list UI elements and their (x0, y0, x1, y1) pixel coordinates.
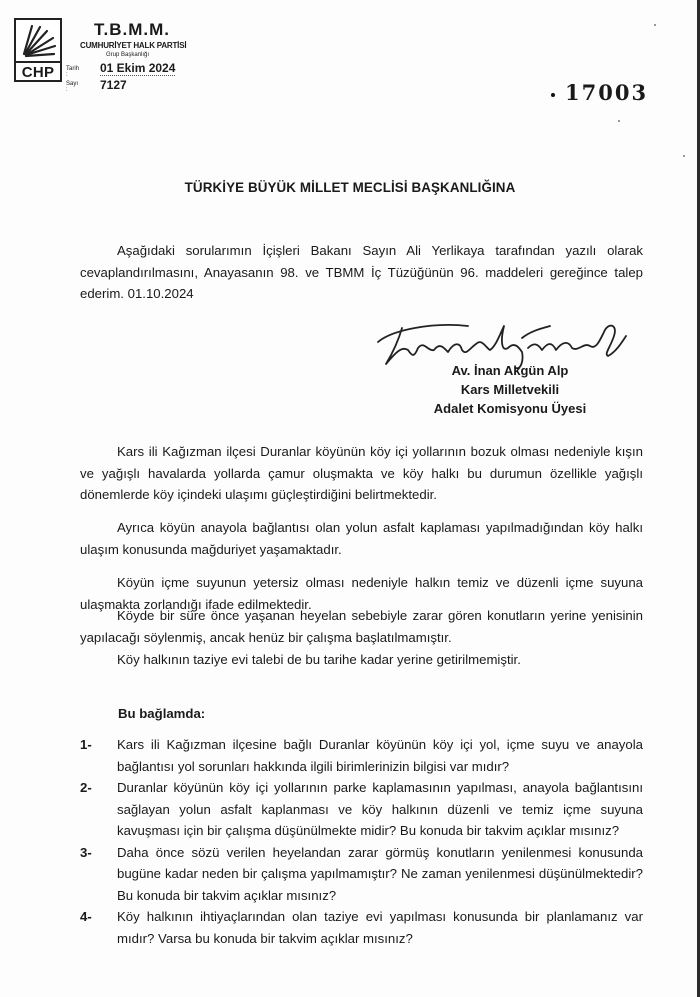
stamp-number-value: 7127 (100, 78, 127, 92)
context-label: Bu bağlamda: (118, 706, 205, 721)
body-paragraph: Ayrıca köyün anayola bağlantısı olan yol… (80, 517, 643, 560)
question-number: 4- (80, 906, 92, 928)
question-text: Kars ili Kağızman ilçesine bağlı Duranla… (117, 737, 643, 774)
stamp-date-value: 01 Ekim 2024 (100, 61, 175, 76)
document-heading: TÜRKİYE BÜYÜK MİLLET MECLİSİ BAŞKANLIĞIN… (0, 180, 700, 195)
body-paragraph: Köy halkının taziye evi talebi de bu tar… (80, 649, 643, 671)
stamp-office: Grup Başkanlığı (106, 52, 149, 58)
scan-speck (654, 24, 656, 26)
question-item: 1- Kars ili Kağızman ilçesine bağlı Dura… (80, 734, 643, 777)
stamp-party: CUMHURİYET HALK PARTİSİ (80, 41, 186, 50)
signer-committee: Adalet Komisyonu Üyesi (360, 401, 660, 416)
question-number: 3- (80, 842, 92, 864)
question-number: 2- (80, 777, 92, 799)
chp-logo: CHP (14, 18, 62, 82)
question-text: Duranlar köyünün köy içi yollarının park… (117, 780, 643, 838)
stamp-date-label: Tarih : (66, 66, 79, 78)
question-text: Köy halkının ihtiyaçlarından olan taziye… (117, 909, 643, 946)
reference-dot (551, 93, 555, 97)
question-item: 2- Duranlar köyünün köy içi yollarının p… (80, 777, 643, 842)
body-paragraph: Köyde bir süre önce yaşanan heyelan sebe… (80, 605, 643, 648)
question-item: 4- Köy halkının ihtiyaçlarından olan taz… (80, 906, 643, 949)
question-text: Daha önce sözü verilen heyelandan zarar … (117, 845, 643, 903)
body-paragraph: Kars ili Kağızman ilçesi Duranlar köyünü… (80, 441, 643, 506)
scan-speck (618, 120, 620, 122)
chp-logo-text: CHP (16, 61, 60, 82)
question-number: 1- (80, 734, 92, 756)
reference-number: 17003 (565, 80, 648, 105)
scan-speck (683, 155, 685, 157)
question-list: 1- Kars ili Kağızman ilçesine bağlı Dura… (80, 734, 643, 949)
question-item: 3- Daha önce sözü verilen heyelandan zar… (80, 842, 643, 907)
stamp-title: T.B.M.M. (94, 20, 170, 40)
signer-name: Av. İnan Akgün Alp (360, 363, 660, 378)
intro-paragraph: Aşağıdaki sorularımın İçişleri Bakanı Sa… (80, 240, 643, 305)
signer-title: Kars Milletvekili (360, 382, 660, 397)
chp-six-arrows-icon (16, 20, 60, 60)
stamp-number-label: Sayı : (66, 81, 78, 93)
